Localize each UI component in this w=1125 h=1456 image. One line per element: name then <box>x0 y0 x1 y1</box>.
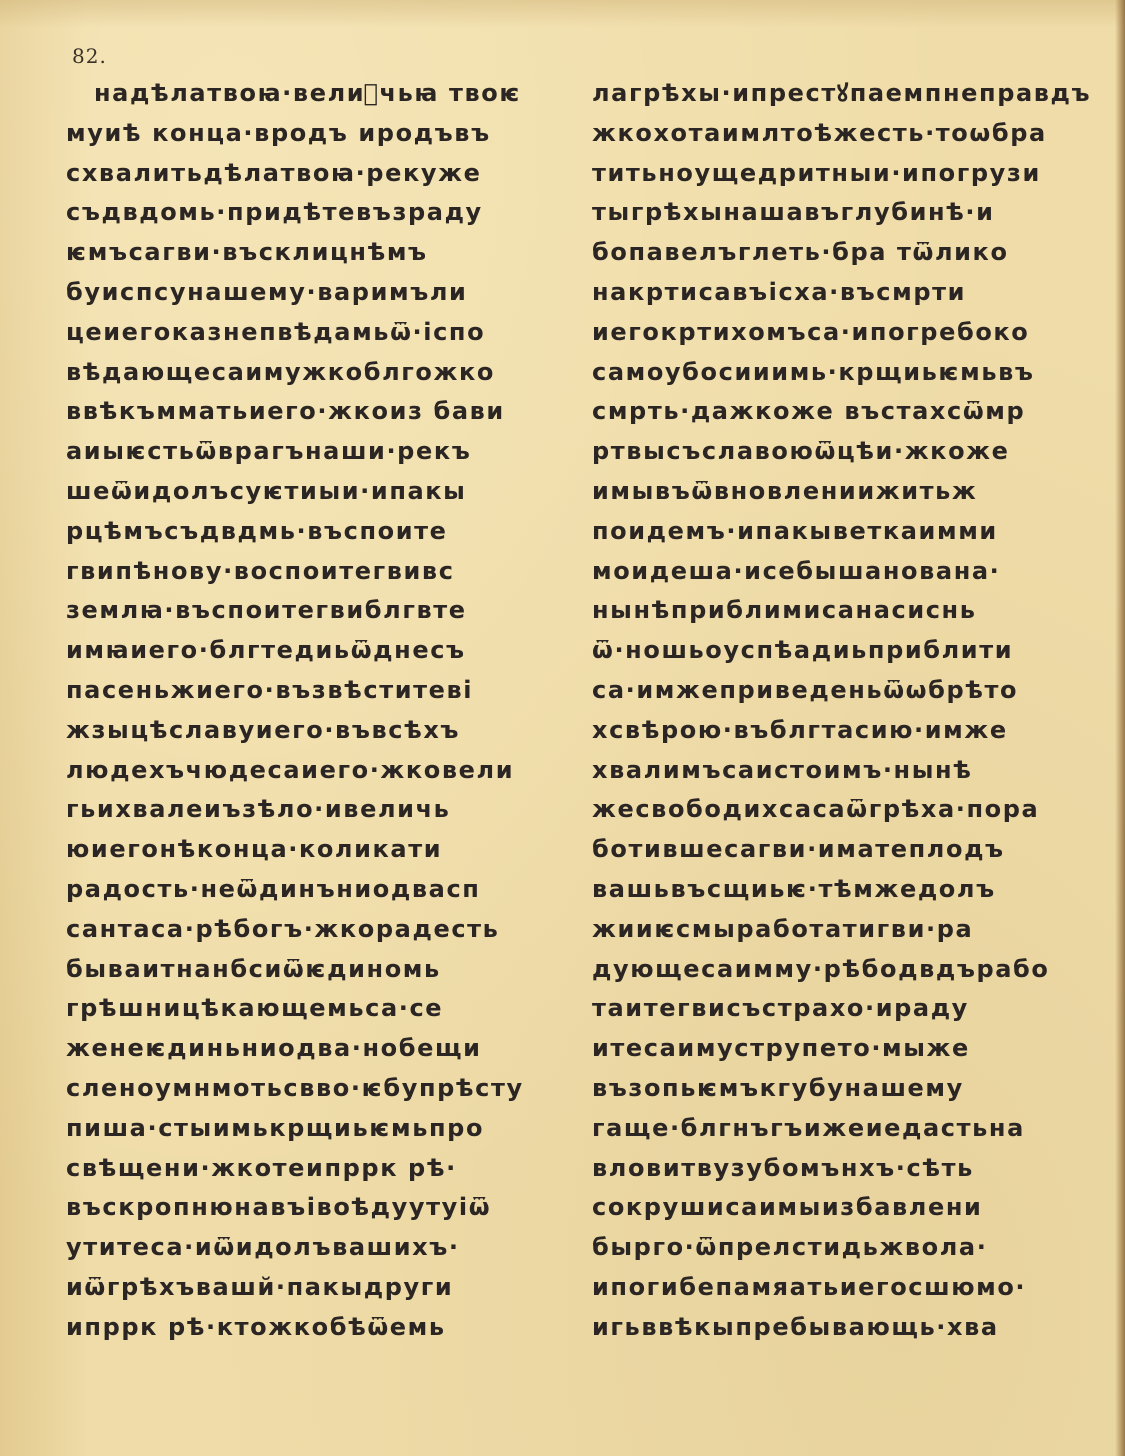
text-line: моидеша·исебышанована· <box>592 552 1082 592</box>
text-line: утитеса·иѿидолъвашихъ· <box>66 1228 536 1268</box>
left-column: надѣлатвоꙗ·велиꙷчьꙗ твоѥ муиѣ конца·врод… <box>66 74 536 1348</box>
text-line: пасеньжиего·възвѣститеві <box>66 671 536 711</box>
text-line: накртисавъісха·въсмрти <box>592 273 1082 313</box>
text-line: бываитнанбсиѿѥдиномь <box>66 950 536 990</box>
text-line: самоубосииимь·крщиьѥмьвъ <box>592 353 1082 393</box>
text-line: съдвдомь·придѣтевъзраду <box>66 193 536 233</box>
text-line: надѣлатвоꙗ·велиꙷчьꙗ твоѥ <box>66 74 536 114</box>
text-line: таитегвисъстрахо·ираду <box>592 989 1082 1029</box>
text-line: сленоумнмотьсвво·ѥбупрѣсту <box>66 1069 536 1109</box>
text-line: буиспсунашему·варимъли <box>66 273 536 313</box>
text-line: нынѣприблимисанасиснь <box>592 591 1082 631</box>
text-line: иѿгрѣхъвашй·пакыдруги <box>66 1268 536 1308</box>
text-line: хсвѣрою·въблгтасию·имже <box>592 711 1082 751</box>
top-shading <box>0 0 1125 28</box>
text-line: тыгрѣхынашавъглубинѣ·и <box>592 193 1082 233</box>
right-column: лагрѣхы·ипрестꙋпаемпнеправдъ жкохотаимлт… <box>592 74 1082 1348</box>
text-line: рцѣмъсъдвдмь·въспоите <box>66 512 536 552</box>
text-line: грѣшницѣкающемьса·се <box>66 989 536 1029</box>
text-line: схвалитьдѣлатвоꙗ·рекуже <box>66 154 536 194</box>
text-line: ѥмъсагви·въсклицнѣмъ <box>66 233 536 273</box>
text-line: сантаса·рѣбогъ·жкорадесть <box>66 910 536 950</box>
text-line: иегокртихомъса·ипогребоко <box>592 313 1082 353</box>
text-line: женеѥдиньниодва·нобещи <box>66 1029 536 1069</box>
text-line: вашьвъсщиьѥ·тѣмжедолъ <box>592 870 1082 910</box>
text-line: гьихвалеиъзѣло·ивеличь <box>66 790 536 830</box>
text-line: ипогибепамяатьиегосшюмо· <box>592 1268 1082 1308</box>
text-line: бопавелъглеть·бра тѿлико <box>592 233 1082 273</box>
text-line: цеиегоказнепвѣдамьѿ·іспо <box>66 313 536 353</box>
text-line: лагрѣхы·ипрестꙋпаемпнеправдъ <box>592 74 1082 114</box>
text-line: пиша·стыимькрщиьѥмьпро <box>66 1109 536 1149</box>
text-line: землꙗ·въспоитегвиблгвте <box>66 591 536 631</box>
text-line: вѣдающесаимужкоблгожко <box>66 353 536 393</box>
text-line: дующесаимму·рѣбодвдърабо <box>592 950 1082 990</box>
text-line: аиыѥстьѿврагънаши·рекъ <box>66 432 536 472</box>
text-line: сокрушисаимыизбавлени <box>592 1188 1082 1228</box>
text-line: гвипѣнову·воспоитегвивс <box>66 552 536 592</box>
text-line: имꙗиего·блгтедиьѿднесъ <box>66 631 536 671</box>
text-line: хвалимъсаистоимъ·нынѣ <box>592 751 1082 791</box>
text-line: юиегонѣконца·коликати <box>66 830 536 870</box>
text-line: жкохотаимлтоѣжесть·тоѡбра <box>592 114 1082 154</box>
text-line: ввѣкъмматьиего·жкоиз бави <box>66 392 536 432</box>
text-line: бырго·ѿпрелстидьжвола· <box>592 1228 1082 1268</box>
text-line: гаще·блгнъгъижеиедастьна <box>592 1109 1082 1149</box>
text-line: радость·неѿдинъниодвасп <box>66 870 536 910</box>
text-line: имывъѿвновлениижитьж <box>592 472 1082 512</box>
page-number: 82. <box>72 44 107 68</box>
text-line: титьноущедритныи·ипогрузи <box>592 154 1082 194</box>
text-line: муиѣ конца·вродъ иродъвъ <box>66 114 536 154</box>
text-line: ртвысъславоюѿцѣи·жкоже <box>592 432 1082 472</box>
text-line: шеѿидолъсуѥтиыи·ипакы <box>66 472 536 512</box>
text-line: ѿ·ношьоуспѣадиьприблити <box>592 631 1082 671</box>
text-line: итесаимуструпето·мыже <box>592 1029 1082 1069</box>
text-line: въскропнюнавъівоѣдуутуіѿ <box>66 1188 536 1228</box>
text-line: възопьѥмъкгубунашему <box>592 1069 1082 1109</box>
text-line: жесвободихсасаѿгрѣха·пора <box>592 790 1082 830</box>
text-line: жзыцѣславуиего·въвсѣхъ <box>66 711 536 751</box>
text-line: игьввѣкыпребывающь·хва <box>592 1308 1082 1348</box>
page-binding-edge <box>1115 0 1125 1456</box>
text-line: са·имжеприведеньѿѡбрѣто <box>592 671 1082 711</box>
text-line: смрть·дажкоже въстахсѿмр <box>592 392 1082 432</box>
text-line: ботившесагви·иматеплодъ <box>592 830 1082 870</box>
text-line: поидемъ·ипакыветкаимми <box>592 512 1082 552</box>
text-line: свѣщени·жкотеипррк рѣ· <box>66 1149 536 1189</box>
text-line: ипррк рѣ·ктожкобѣѿемь <box>66 1308 536 1348</box>
text-line: жииѥсмыработатигви·ра <box>592 910 1082 950</box>
text-line: вловитвузубомънхъ·сѣть <box>592 1149 1082 1189</box>
manuscript-page: 82. надѣлатвоꙗ·велиꙷчьꙗ твоѥ муиѣ конца·… <box>0 0 1125 1456</box>
text-line: людехъчюдесаиего·жковели <box>66 751 536 791</box>
